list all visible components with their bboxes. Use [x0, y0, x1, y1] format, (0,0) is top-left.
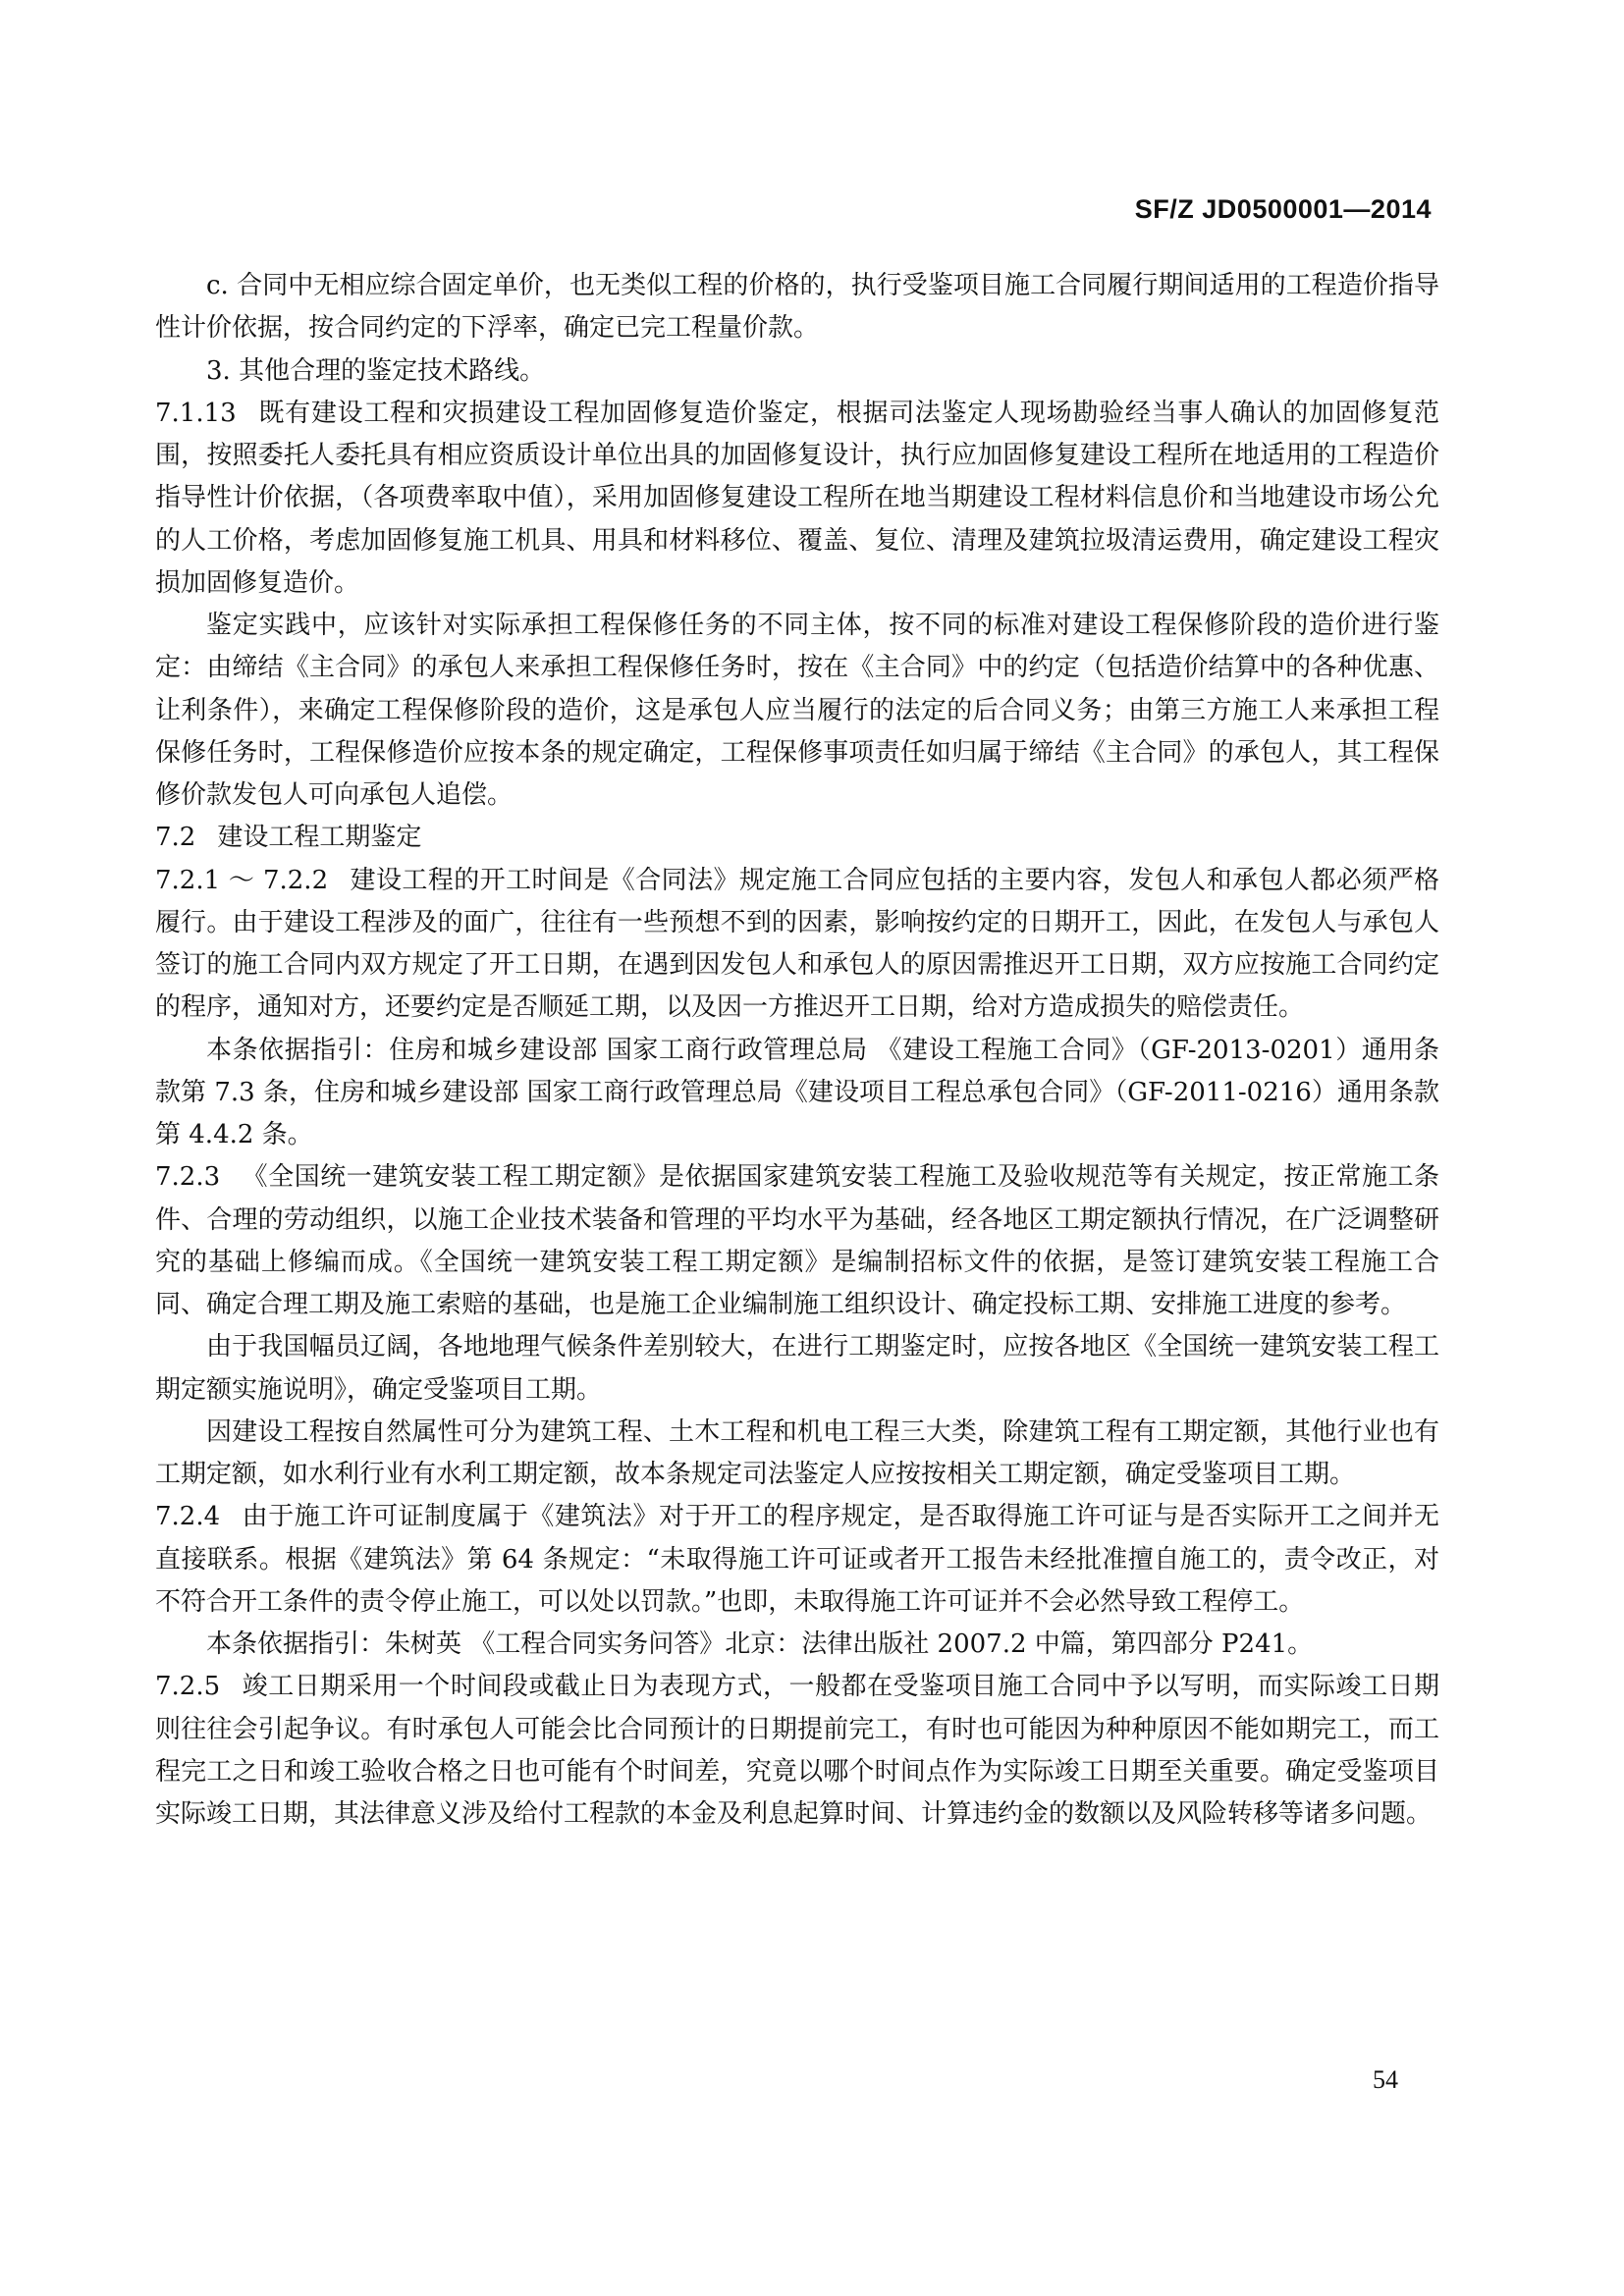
- page-number: 54: [1373, 2065, 1398, 2095]
- paragraph-item-3: 3. 其他合理的鉴定技术路线。: [155, 350, 1439, 393]
- paragraph-text: 建设工程的开工时间是《合同法》规定施工合同应包括的主要内容，发包人和承包人都必须…: [155, 866, 1439, 1023]
- clause-7-1-13: 7.1.13既有建设工程和灾损建设工程加固修复造价鉴定，根据司法鉴定人现场勘验经…: [155, 393, 1439, 605]
- clause-number: 7.1.13: [155, 399, 237, 428]
- clause-number: 7.2.1 ～ 7.2.2: [155, 866, 328, 895]
- paragraph-text: 由于我国幅员辽阔，各地地理气候条件差别较大，在进行工期鉴定时，应按各地区《全国统…: [155, 1332, 1439, 1404]
- paragraph-text: 既有建设工程和灾损建设工程加固修复造价鉴定，根据司法鉴定人现场勘验经当事人确认的…: [155, 399, 1439, 598]
- reference-note: 本条依据指引：朱树英 《工程合同实务问答》北京：法律出版社 2007.2 中篇，…: [155, 1624, 1439, 1666]
- document-body: c. 合同中无相应综合固定单价，也无类似工程的价格的，执行受鉴项目施工合同履行期…: [155, 265, 1439, 1836]
- paragraph-warranty: 鉴定实践中，应该针对实际承担工程保修任务的不同主体，按不同的标准对建设工程保修阶…: [155, 605, 1439, 817]
- paragraph-text: 3. 其他合理的鉴定技术路线。: [206, 356, 545, 386]
- document-code-header: SF/Z JD0500001—2014: [1135, 194, 1432, 225]
- paragraph-text: 由于施工许可证制度属于《建筑法》对于开工的程序规定，是否取得施工许可证与是否实际…: [155, 1502, 1439, 1617]
- paragraph-text: 鉴定实践中，应该针对实际承担工程保修任务的不同主体，按不同的标准对建设工程保修阶…: [155, 611, 1439, 810]
- clause-7-2-5: 7.2.5竣工日期采用一个时间段或截止日为表现方式，一般都在受鉴项目施工合同中予…: [155, 1666, 1439, 1836]
- paragraph-text: 因建设工程按自然属性可分为建筑工程、土木工程和机电工程三大类，除建筑工程有工期定…: [155, 1417, 1439, 1489]
- paragraph-categories: 因建设工程按自然属性可分为建筑工程、土木工程和机电工程三大类，除建筑工程有工期定…: [155, 1412, 1439, 1497]
- paragraph-text: 本条依据指引：朱树英 《工程合同实务问答》北京：法律出版社 2007.2 中篇，…: [206, 1629, 1313, 1659]
- section-heading-7-2: 7.2建设工程工期鉴定: [155, 817, 1439, 859]
- clause-number: 7.2.3: [155, 1162, 220, 1192]
- paragraph-text: c. 合同中无相应综合固定单价，也无类似工程的价格的，执行受鉴项目施工合同履行期…: [155, 271, 1439, 343]
- paragraph-text: 《全国统一建筑安装工程工期定额》是依据国家建筑安装工程施工及验收规范等有关规定，…: [155, 1162, 1439, 1319]
- paragraph-regional: 由于我国幅员辽阔，各地地理气候条件差别较大，在进行工期鉴定时，应按各地区《全国统…: [155, 1326, 1439, 1412]
- clause-number: 7.2.4: [155, 1502, 220, 1531]
- clause-7-2-4: 7.2.4由于施工许可证制度属于《建筑法》对于开工的程序规定，是否取得施工许可证…: [155, 1496, 1439, 1624]
- section-title: 建设工程工期鉴定: [217, 823, 421, 852]
- reference-note: 本条依据指引：住房和城乡建设部 国家工商行政管理总局 《建设工程施工合同》（GF…: [155, 1030, 1439, 1157]
- paragraph-text: 本条依据指引：住房和城乡建设部 国家工商行政管理总局 《建设工程施工合同》（GF…: [155, 1036, 1439, 1150]
- paragraph-text: 竣工日期采用一个时间段或截止日为表现方式，一般都在受鉴项目施工合同中予以写明，而…: [155, 1672, 1439, 1829]
- section-number: 7.2: [155, 823, 195, 852]
- clause-number: 7.2.5: [155, 1672, 220, 1701]
- paragraph-item-c: c. 合同中无相应综合固定单价，也无类似工程的价格的，执行受鉴项目施工合同履行期…: [155, 265, 1439, 350]
- clause-7-2-1: 7.2.1 ～ 7.2.2建设工程的开工时间是《合同法》规定施工合同应包括的主要…: [155, 860, 1439, 1030]
- clause-7-2-3: 7.2.3《全国统一建筑安装工程工期定额》是依据国家建筑安装工程施工及验收规范等…: [155, 1156, 1439, 1326]
